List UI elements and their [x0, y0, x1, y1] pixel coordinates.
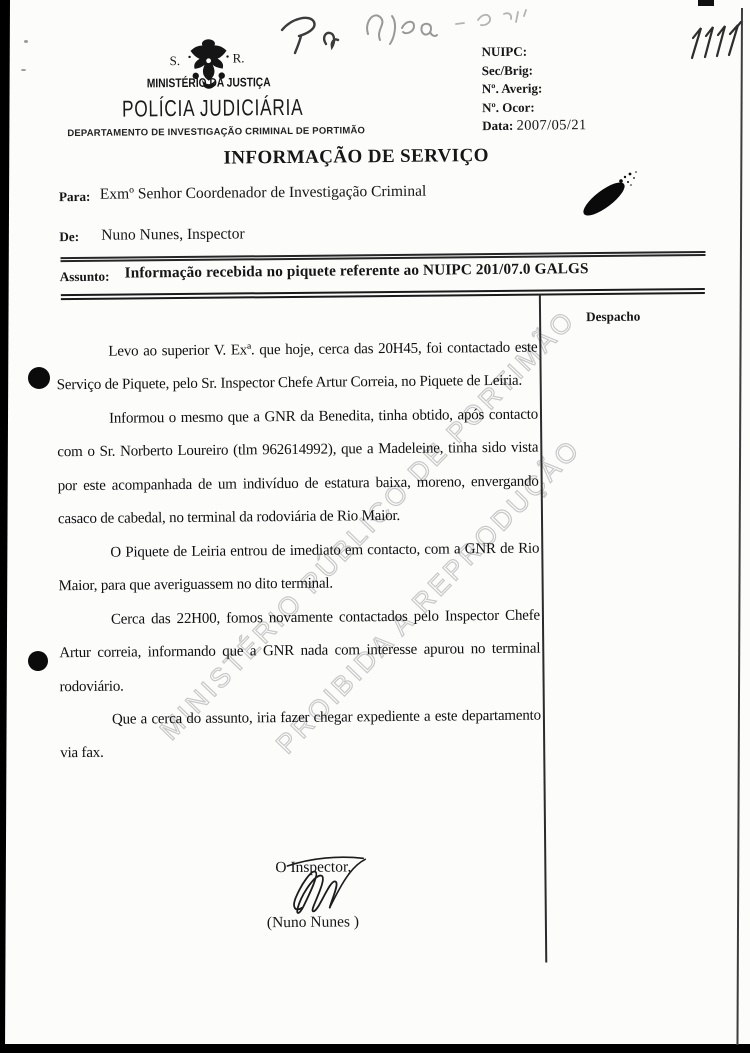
- ref-field-ocor: Nº. Ocor:: [482, 98, 587, 118]
- paragraph: Cerca das 22H00, fomos novamente contact…: [59, 599, 541, 704]
- page-title: INFORMAÇÃO DE SERVIÇO: [223, 145, 489, 170]
- ref-label: Sec/Brig:: [482, 62, 533, 77]
- crest-left-letter: S.: [170, 53, 181, 69]
- para-label: Para:: [59, 189, 91, 205]
- paragraph: Informou o mesmo que a GNR da Benedita, …: [57, 399, 539, 537]
- signature-name: (Nuno Nunes ): [267, 913, 359, 932]
- de-label: De:: [59, 229, 79, 245]
- crest-right-letter: R.: [233, 50, 245, 66]
- scan-mark-top: [698, 0, 714, 6]
- ref-label: Nº. Averig:: [482, 81, 543, 97]
- scanned-document-page: MINISTÉRIO PÚBLICO DE PORTIMÃO PROIBIDA …: [0, 0, 750, 1053]
- assunto-value: Informação recebida no piquete referente…: [125, 260, 589, 282]
- scan-speck: [24, 40, 28, 43]
- scan-speck: [21, 69, 26, 71]
- ref-field-data: Data: 2007/05/21: [482, 116, 587, 136]
- ref-field-secbrig: Sec/Brig:: [482, 61, 587, 81]
- handwritten-page-number: [686, 14, 746, 66]
- ref-value-date: 2007/05/21: [516, 117, 586, 134]
- paragraph: Levo ao superior V. Exª. que hoje, cerca…: [56, 332, 538, 404]
- paragraph: Que a cerca do assunto, iria fazer chega…: [60, 700, 542, 772]
- de-value: Nuno Nunes, Inspector: [101, 225, 245, 244]
- paragraph: O Piquete de Leiria entrou de imediato e…: [58, 532, 540, 604]
- ref-label: Data:: [482, 118, 513, 133]
- assunto-label: Assunto:: [60, 269, 110, 285]
- despacho-column-separator: [539, 295, 547, 963]
- ref-label: Nº. Ocor:: [482, 99, 535, 115]
- scan-edge-bottom: [0, 1044, 750, 1053]
- pen-mark: [583, 165, 645, 221]
- hole-punch-top: [28, 367, 50, 389]
- handwritten-signature: [271, 849, 380, 922]
- organization-name: POLÍCIA JUDICIÁRIA: [122, 94, 304, 123]
- handwritten-scribble: [252, 2, 572, 58]
- printed-content-layer: MINISTÉRIO PÚBLICO DE PORTIMÃO PROIBIDA …: [0, 0, 750, 1053]
- despacho-label: Despacho: [586, 309, 640, 326]
- department-name: DEPARTAMENTO DE INVESTIGAÇÃO CRIMINAL DE…: [67, 125, 365, 139]
- ref-field-averig: Nº. Averig:: [482, 79, 587, 99]
- body-text: Levo ao superior V. Exª. que hoje, cerca…: [56, 332, 541, 771]
- hole-punch-bottom: [28, 651, 48, 671]
- para-value: Exmº Senhor Coordenador de Investigação …: [100, 183, 427, 204]
- ministry-name: MINISTÉRIO DA JUSTIÇA: [147, 75, 271, 90]
